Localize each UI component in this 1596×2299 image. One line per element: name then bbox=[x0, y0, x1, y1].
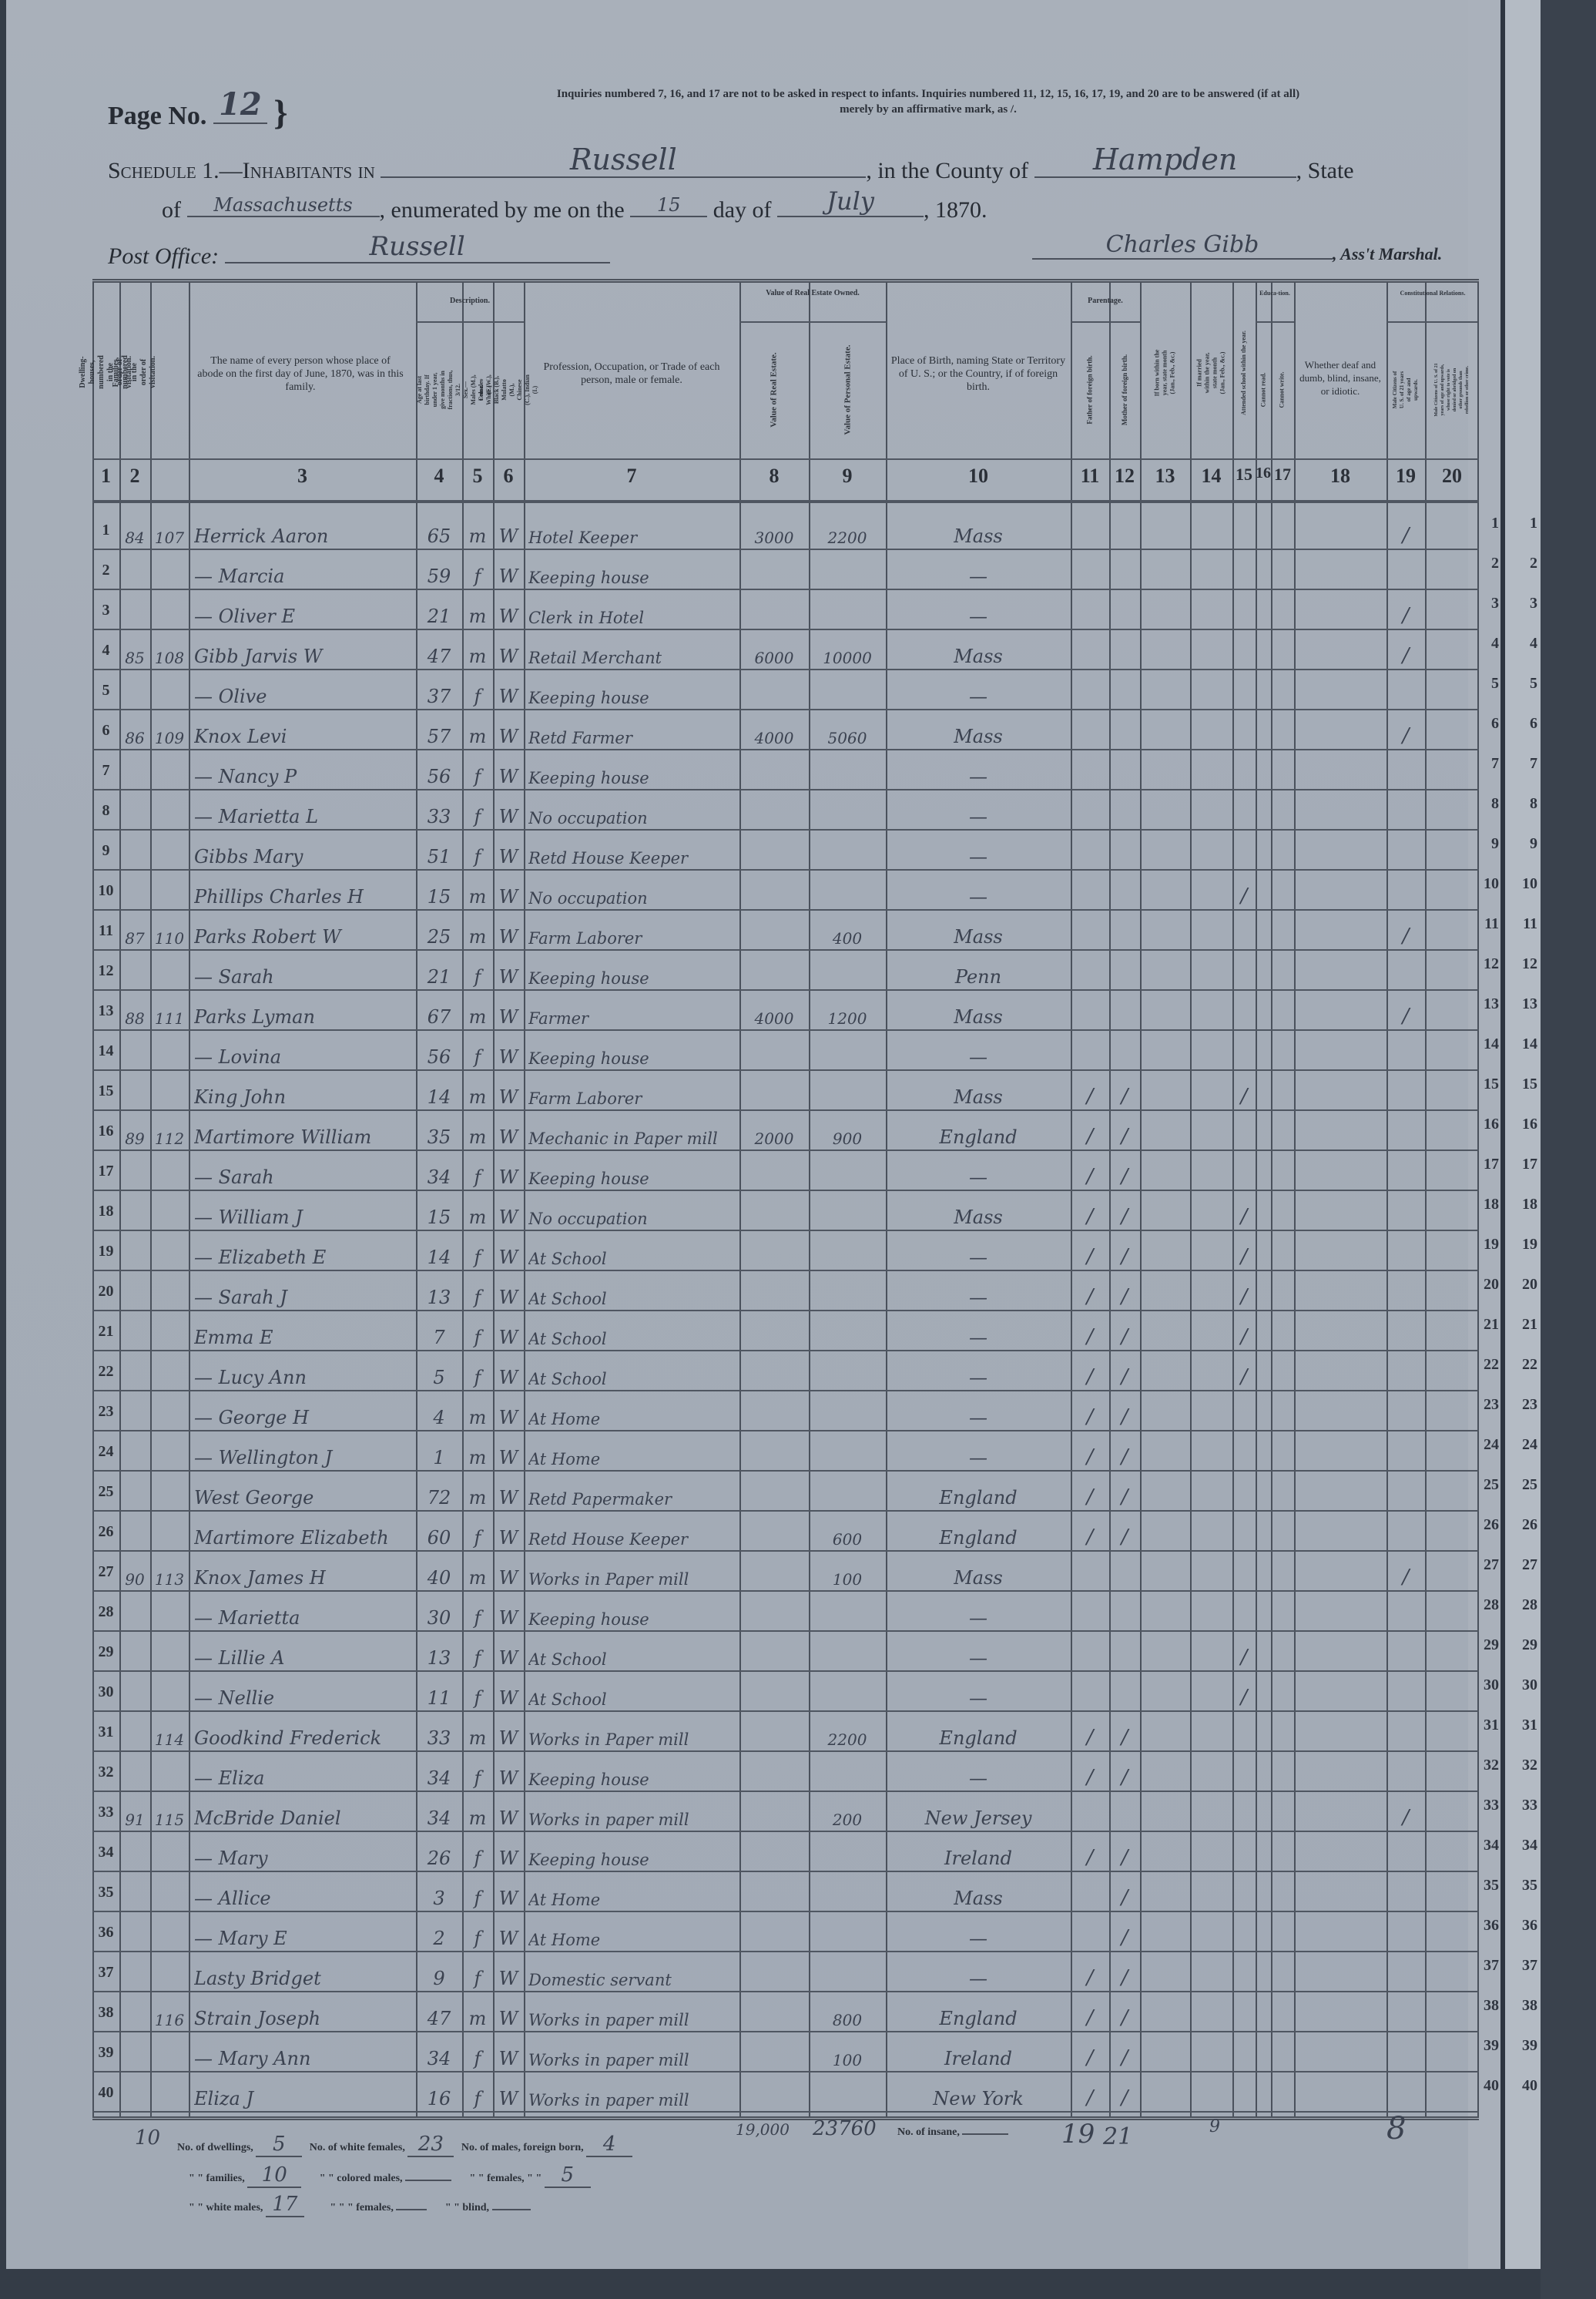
margin-line-number: 20 bbox=[1473, 1276, 1499, 1294]
family-number bbox=[150, 550, 189, 590]
dwelling-number bbox=[119, 1271, 150, 1311]
citizen-mark bbox=[1386, 1071, 1425, 1111]
family-number bbox=[150, 1271, 189, 1311]
margin-line-number: 27 bbox=[1473, 1556, 1499, 1574]
family-number bbox=[150, 2032, 189, 2072]
real-estate-value bbox=[739, 750, 809, 790]
personal-estate-value: 200 bbox=[809, 1792, 886, 1832]
mother-foreign-mark: / bbox=[1109, 1391, 1140, 1431]
table-row: 3391115McBride Daniel34mWWorks in paper … bbox=[92, 1792, 1479, 1832]
birthplace: England bbox=[886, 1111, 1071, 1151]
father-foreign-mark bbox=[1071, 831, 1109, 871]
age: 11 bbox=[416, 1672, 462, 1712]
father-foreign-mark bbox=[1071, 1031, 1109, 1071]
mother-foreign-mark bbox=[1109, 550, 1140, 590]
color: W bbox=[493, 1431, 524, 1472]
school-mark bbox=[1232, 951, 1256, 991]
person-name: Gibb Jarvis W bbox=[194, 630, 416, 670]
sex: f bbox=[462, 2072, 493, 2113]
personal-estate-value bbox=[809, 1672, 886, 1712]
mother-foreign-mark bbox=[1109, 710, 1140, 750]
family-number bbox=[150, 1351, 189, 1391]
real-estate-value bbox=[739, 2072, 809, 2113]
real-estate-value bbox=[739, 1351, 809, 1391]
family-number bbox=[150, 1191, 189, 1231]
description-group-header: Description. bbox=[416, 297, 524, 306]
person-name: Herrick Aaron bbox=[194, 510, 416, 550]
school-mark bbox=[1232, 2072, 1256, 2113]
person-name: — Sarah J bbox=[194, 1271, 416, 1311]
adjacent-line-number: 8 bbox=[1511, 795, 1537, 813]
mother-foreign-mark: / bbox=[1109, 1311, 1140, 1351]
father-foreign-mark bbox=[1071, 951, 1109, 991]
margin-line-number: 17 bbox=[1473, 1156, 1499, 1173]
person-name: — William J bbox=[194, 1191, 416, 1231]
real-estate-value: 2000 bbox=[739, 1111, 809, 1151]
mother-foreign-mark: / bbox=[1109, 1191, 1140, 1231]
adjacent-line-number: 40 bbox=[1511, 2077, 1537, 2095]
line-number: 6 bbox=[92, 710, 119, 750]
sex: m bbox=[462, 1191, 493, 1231]
personal-estate-value: 600 bbox=[809, 1512, 886, 1552]
birthplace: Mass bbox=[886, 1552, 1071, 1592]
dwelling-number bbox=[119, 1512, 150, 1552]
citizen-mark bbox=[1386, 1872, 1425, 1912]
margin-line-number: 31 bbox=[1473, 1717, 1499, 1734]
age: 16 bbox=[416, 2072, 462, 2113]
sex: m bbox=[462, 1391, 493, 1431]
father-foreign-mark bbox=[1071, 1632, 1109, 1672]
color: W bbox=[493, 510, 524, 550]
sex: f bbox=[462, 1512, 493, 1552]
personal-estate-value bbox=[809, 951, 886, 991]
school-mark: / bbox=[1232, 1632, 1256, 1672]
table-row: 35— Allice3fWAt HomeMass/ bbox=[92, 1872, 1479, 1912]
age: 35 bbox=[416, 1111, 462, 1151]
adjacent-line-number: 6 bbox=[1511, 715, 1537, 733]
color: W bbox=[493, 831, 524, 871]
line-number: 40 bbox=[92, 2072, 119, 2113]
father-foreign-mark bbox=[1071, 750, 1109, 790]
father-foreign-mark: / bbox=[1071, 2032, 1109, 2072]
birthplace: England bbox=[886, 1472, 1071, 1512]
personal-estate-value bbox=[809, 670, 886, 710]
real-estate-value bbox=[739, 2032, 809, 2072]
dwelling-number bbox=[119, 2072, 150, 2113]
table-row: 36— Mary E2fWAt Home—/ bbox=[92, 1912, 1479, 1952]
age: 15 bbox=[416, 1191, 462, 1231]
occupation: At School bbox=[528, 1231, 739, 1271]
col-number: 12 bbox=[1109, 465, 1140, 488]
father-foreign-mark: / bbox=[1071, 1992, 1109, 2032]
occupation: Retd House Keeper bbox=[528, 831, 739, 871]
personal-estate-value: 900 bbox=[809, 1111, 886, 1151]
adjacent-line-number: 18 bbox=[1511, 1196, 1537, 1213]
dwelling-number bbox=[119, 1311, 150, 1351]
age: 9 bbox=[416, 1952, 462, 1992]
adjacent-line-number: 34 bbox=[1511, 1837, 1537, 1854]
family-number bbox=[150, 670, 189, 710]
real-estate-value bbox=[739, 1792, 809, 1832]
color: W bbox=[493, 1151, 524, 1191]
father-foreign-total: 19 bbox=[1061, 2119, 1095, 2150]
birthplace: Mass bbox=[886, 1071, 1071, 1111]
occupation: Domestic servant bbox=[528, 1952, 739, 1992]
margin-line-number: 15 bbox=[1473, 1076, 1499, 1093]
person-name: — Sarah bbox=[194, 1151, 416, 1191]
occupation: At School bbox=[528, 1351, 739, 1391]
table-row: 2— Marcia59fWKeeping house— bbox=[92, 550, 1479, 590]
sex: m bbox=[462, 991, 493, 1031]
col-number: 9 bbox=[809, 465, 886, 488]
col-number: 7 bbox=[524, 465, 739, 488]
table-row: 10Phillips Charles H15mWNo occupation—/ bbox=[92, 871, 1479, 911]
school-mark bbox=[1232, 911, 1256, 951]
mother-foreign-mark bbox=[1109, 1031, 1140, 1071]
age: 1 bbox=[416, 1431, 462, 1472]
adjacent-line-number: 9 bbox=[1511, 835, 1537, 853]
person-name: Gibbs Mary bbox=[194, 831, 416, 871]
age: 34 bbox=[416, 1792, 462, 1832]
father-foreign-mark: / bbox=[1071, 1431, 1109, 1472]
citizen-mark bbox=[1386, 1712, 1425, 1752]
real-estate-value bbox=[739, 1071, 809, 1111]
line-number: 4 bbox=[92, 630, 119, 670]
family-number bbox=[150, 2072, 189, 2113]
person-name: — Wellington J bbox=[194, 1431, 416, 1472]
sex: f bbox=[462, 831, 493, 871]
father-foreign-mark bbox=[1071, 1672, 1109, 1712]
margin-line-number: 19 bbox=[1473, 1236, 1499, 1254]
real-estate-value bbox=[739, 1391, 809, 1431]
marshal-name: Charles Gibb bbox=[1032, 231, 1333, 260]
family-number: 111 bbox=[150, 991, 189, 1031]
family-number bbox=[150, 1071, 189, 1111]
color: W bbox=[493, 590, 524, 630]
citizen-mark bbox=[1386, 1752, 1425, 1792]
citizen-mark bbox=[1386, 1832, 1425, 1872]
color: W bbox=[493, 1351, 524, 1391]
sex: f bbox=[462, 1311, 493, 1351]
family-number bbox=[150, 1391, 189, 1431]
color: W bbox=[493, 991, 524, 1031]
occupation: Keeping house bbox=[528, 1031, 739, 1071]
adjacent-line-number: 28 bbox=[1511, 1596, 1537, 1614]
citizen-mark bbox=[1386, 670, 1425, 710]
person-name: King John bbox=[194, 1071, 416, 1111]
school-mark bbox=[1232, 1031, 1256, 1071]
dwelling-number: 84 bbox=[119, 510, 150, 550]
occupation: Keeping house bbox=[528, 1151, 739, 1191]
schedule-line: Schedule 1.—Inhabitants in Russell, in t… bbox=[108, 143, 1354, 184]
person-name: — Marcia bbox=[194, 550, 416, 590]
real-estate-value: 3000 bbox=[739, 510, 809, 550]
school-mark bbox=[1232, 1472, 1256, 1512]
margin-line-number: 40 bbox=[1473, 2077, 1499, 2095]
table-row: 20— Sarah J13fWAt School—/// bbox=[92, 1271, 1479, 1311]
post-office-field: Russell bbox=[225, 231, 610, 263]
adjacent-line-number: 27 bbox=[1511, 1556, 1537, 1574]
father-foreign-mark: / bbox=[1071, 1752, 1109, 1792]
age: 37 bbox=[416, 670, 462, 710]
sex: f bbox=[462, 1031, 493, 1071]
real-estate-value bbox=[739, 871, 809, 911]
citizens-total: 8 bbox=[1386, 2111, 1406, 2146]
school-mark: / bbox=[1232, 1351, 1256, 1391]
sex: f bbox=[462, 750, 493, 790]
father-foreign-mark: / bbox=[1071, 1472, 1109, 1512]
father-foreign-mark bbox=[1071, 991, 1109, 1031]
birthplace: — bbox=[886, 1151, 1071, 1191]
personal-estate-value: 2200 bbox=[809, 1712, 886, 1752]
birthplace: — bbox=[886, 590, 1071, 630]
color: W bbox=[493, 1992, 524, 2032]
col-9-header: Value of Personal Estate. bbox=[809, 322, 886, 457]
summary-white-males: " " white males, 17 " " " females, " " b… bbox=[189, 2193, 531, 2217]
col-number: 11 bbox=[1071, 465, 1109, 488]
table-row: 39— Mary Ann34fWWorks in paper mill100Ir… bbox=[92, 2032, 1479, 2072]
color: W bbox=[493, 550, 524, 590]
inquiries-notice: Inquiries numbered 7, 16, and 17 are not… bbox=[370, 86, 1487, 117]
line-number: 29 bbox=[92, 1632, 119, 1672]
line-number: 12 bbox=[92, 951, 119, 991]
constitutional-group-header: Constitutional Relations. bbox=[1390, 289, 1475, 298]
sex: f bbox=[462, 1271, 493, 1311]
line-number: 19 bbox=[92, 1231, 119, 1271]
mother-foreign-mark: / bbox=[1109, 1712, 1140, 1752]
real-estate-value bbox=[739, 790, 809, 831]
mother-foreign-mark bbox=[1109, 790, 1140, 831]
family-number bbox=[150, 1231, 189, 1271]
dwelling-number bbox=[119, 1712, 150, 1752]
citizen-mark: / bbox=[1386, 1552, 1425, 1592]
dwelling-number bbox=[119, 1071, 150, 1111]
mother-foreign-mark: / bbox=[1109, 1351, 1140, 1391]
dwelling-number bbox=[119, 1191, 150, 1231]
occupation: Keeping house bbox=[528, 550, 739, 590]
line-number: 24 bbox=[92, 1431, 119, 1472]
school-mark: / bbox=[1232, 1311, 1256, 1351]
dwelling-number bbox=[119, 871, 150, 911]
birthplace: — bbox=[886, 1351, 1071, 1391]
sex: f bbox=[462, 1231, 493, 1271]
occupation: Keeping house bbox=[528, 1832, 739, 1872]
real-estate-value bbox=[739, 1311, 809, 1351]
birthplace: Mass bbox=[886, 991, 1071, 1031]
birthplace: — bbox=[886, 1752, 1071, 1792]
margin-line-number: 32 bbox=[1473, 1757, 1499, 1774]
family-number: 113 bbox=[150, 1552, 189, 1592]
dwelling-number bbox=[119, 1752, 150, 1792]
person-name: Martimore William bbox=[194, 1111, 416, 1151]
personal-estate-value: 5060 bbox=[809, 710, 886, 750]
mother-foreign-mark bbox=[1109, 831, 1140, 871]
person-name: — Nellie bbox=[194, 1672, 416, 1712]
margin-line-number: 24 bbox=[1473, 1436, 1499, 1454]
color: W bbox=[493, 1752, 524, 1792]
personal-estate-value: 400 bbox=[809, 911, 886, 951]
color: W bbox=[493, 871, 524, 911]
citizen-mark bbox=[1386, 550, 1425, 590]
mother-foreign-mark: / bbox=[1109, 1832, 1140, 1872]
mother-foreign-mark bbox=[1109, 1792, 1140, 1832]
mother-foreign-mark bbox=[1109, 1552, 1140, 1592]
citizen-mark bbox=[1386, 2032, 1425, 2072]
table-row: 38116Strain Joseph47mWWorks in paper mil… bbox=[92, 1992, 1479, 2032]
father-foreign-mark: / bbox=[1071, 1512, 1109, 1552]
adjacent-line-number: 39 bbox=[1511, 2037, 1537, 2055]
citizen-mark bbox=[1386, 1351, 1425, 1391]
birthplace: — bbox=[886, 750, 1071, 790]
father-foreign-mark: / bbox=[1071, 1111, 1109, 1151]
birthplace: Mass bbox=[886, 1191, 1071, 1231]
father-foreign-mark bbox=[1071, 1592, 1109, 1632]
birthplace: — bbox=[886, 1231, 1071, 1271]
table-row: 30— Nellie11fWAt School—/ bbox=[92, 1672, 1479, 1712]
occupation: Works in paper mill bbox=[528, 1992, 739, 2032]
color: W bbox=[493, 1592, 524, 1632]
real-estate-value bbox=[739, 1271, 809, 1311]
dwelling-number bbox=[119, 1632, 150, 1672]
real-estate-value bbox=[739, 951, 809, 991]
personal-estate-value bbox=[809, 2072, 886, 2113]
table-row: 21Emma E7fWAt School—/// bbox=[92, 1311, 1479, 1351]
person-name: — Eliza bbox=[194, 1752, 416, 1792]
citizen-mark: / bbox=[1386, 1792, 1425, 1832]
birthplace: Mass bbox=[886, 630, 1071, 670]
age: 56 bbox=[416, 1031, 462, 1071]
dwelling-number bbox=[119, 1912, 150, 1952]
mother-foreign-mark: / bbox=[1109, 1111, 1140, 1151]
age: 26 bbox=[416, 1832, 462, 1872]
person-name: — Mary Ann bbox=[194, 2032, 416, 2072]
school-mark: / bbox=[1232, 1672, 1256, 1712]
dwelling-number bbox=[119, 1952, 150, 1992]
citizen-mark bbox=[1386, 1151, 1425, 1191]
age: 40 bbox=[416, 1552, 462, 1592]
sex: m bbox=[462, 871, 493, 911]
family-number: 115 bbox=[150, 1792, 189, 1832]
col-2-header: Families, numbered in the order of visit… bbox=[119, 285, 150, 458]
citizen-mark: / bbox=[1386, 590, 1425, 630]
color: W bbox=[493, 750, 524, 790]
person-name: — Oliver E bbox=[194, 590, 416, 630]
margin-line-number: 11 bbox=[1473, 915, 1499, 933]
margin-line-number: 36 bbox=[1473, 1917, 1499, 1935]
dwelling-number bbox=[119, 1231, 150, 1271]
birthplace: England bbox=[886, 1512, 1071, 1552]
col-number: 5 bbox=[462, 465, 493, 488]
citizen-mark bbox=[1386, 1191, 1425, 1231]
col-6-header: Color.—White (W.), Black (B.), Mulatto (… bbox=[493, 322, 524, 457]
adjacent-line-number: 26 bbox=[1511, 1516, 1537, 1534]
real-estate-value bbox=[739, 911, 809, 951]
person-name: — Lucy Ann bbox=[194, 1351, 416, 1391]
margin-line-number: 38 bbox=[1473, 1997, 1499, 2015]
sex: m bbox=[462, 1472, 493, 1512]
table-row: 9Gibbs Mary51fWRetd House Keeper— bbox=[92, 831, 1479, 871]
family-number bbox=[150, 750, 189, 790]
birthplace: Mass bbox=[886, 911, 1071, 951]
color: W bbox=[493, 1231, 524, 1271]
age: 34 bbox=[416, 1752, 462, 1792]
father-foreign-mark bbox=[1071, 871, 1109, 911]
line-number: 23 bbox=[92, 1391, 119, 1431]
occupation: Farmer bbox=[528, 991, 739, 1031]
sex: m bbox=[462, 1712, 493, 1752]
color: W bbox=[493, 1031, 524, 1071]
adjacent-line-number: 7 bbox=[1511, 755, 1537, 773]
margin-line-number: 13 bbox=[1473, 995, 1499, 1013]
person-name: — Nancy P bbox=[194, 750, 416, 790]
citizen-mark bbox=[1386, 831, 1425, 871]
age: 57 bbox=[416, 710, 462, 750]
dwelling-number bbox=[119, 790, 150, 831]
col-19-header: Male Citizens of U. S. of 21 years of ag… bbox=[1386, 322, 1425, 457]
table-row: 5— Olive37fWKeeping house— bbox=[92, 670, 1479, 710]
dwelling-number: 87 bbox=[119, 911, 150, 951]
adjacent-line-number: 33 bbox=[1511, 1797, 1537, 1814]
dwelling-number: 86 bbox=[119, 710, 150, 750]
margin-line-number: 28 bbox=[1473, 1596, 1499, 1614]
mother-foreign-mark: / bbox=[1109, 1151, 1140, 1191]
table-row: 485108Gibb Jarvis W47mWRetail Merchant60… bbox=[92, 630, 1479, 670]
col-11-header: Father of foreign birth. bbox=[1071, 322, 1109, 457]
personal-estate-value bbox=[809, 1191, 886, 1231]
father-foreign-mark bbox=[1071, 670, 1109, 710]
color: W bbox=[493, 1792, 524, 1832]
mother-foreign-mark bbox=[1109, 590, 1140, 630]
father-foreign-mark: / bbox=[1071, 1071, 1109, 1111]
personal-estate-value bbox=[809, 871, 886, 911]
family-number bbox=[150, 1031, 189, 1071]
adjacent-line-number: 37 bbox=[1511, 1957, 1537, 1975]
table-row: 1689112Martimore William35mWMechanic in … bbox=[92, 1111, 1479, 1151]
father-foreign-mark bbox=[1071, 911, 1109, 951]
personal-estate-value bbox=[809, 1872, 886, 1912]
person-name: Knox Levi bbox=[194, 710, 416, 750]
age: 2 bbox=[416, 1912, 462, 1952]
line-number: 36 bbox=[92, 1912, 119, 1952]
col-20-header: Male Citizens of U. S. of 21 years of ag… bbox=[1425, 322, 1479, 457]
line-number: 35 bbox=[92, 1872, 119, 1912]
mother-foreign-mark bbox=[1109, 510, 1140, 550]
citizen-mark bbox=[1386, 1472, 1425, 1512]
age: 51 bbox=[416, 831, 462, 871]
margin-line-number: 14 bbox=[1473, 1035, 1499, 1053]
school-mark bbox=[1232, 2032, 1256, 2072]
birthplace: — bbox=[886, 790, 1071, 831]
occupation: At Home bbox=[528, 1431, 739, 1472]
margin-line-number: 3 bbox=[1473, 595, 1499, 613]
occupation: Works in Paper mill bbox=[528, 1712, 739, 1752]
school-mark: / bbox=[1232, 871, 1256, 911]
sex: f bbox=[462, 951, 493, 991]
father-foreign-mark: / bbox=[1071, 1191, 1109, 1231]
school-mark bbox=[1232, 1992, 1256, 2032]
dwelling-number bbox=[119, 670, 150, 710]
col-number: 19 bbox=[1386, 465, 1425, 488]
adjacent-line-number: 25 bbox=[1511, 1476, 1537, 1494]
father-foreign-mark: / bbox=[1071, 2072, 1109, 2113]
summary-families: " " families, 10 " " colored males, " " … bbox=[189, 2163, 591, 2188]
father-foreign-mark: / bbox=[1071, 1712, 1109, 1752]
table-row: 12— Sarah21fWKeeping housePenn bbox=[92, 951, 1479, 991]
family-number bbox=[150, 1632, 189, 1672]
adjacent-line-number: 22 bbox=[1511, 1356, 1537, 1374]
margin-line-number: 12 bbox=[1473, 955, 1499, 973]
personal-estate-value bbox=[809, 750, 886, 790]
